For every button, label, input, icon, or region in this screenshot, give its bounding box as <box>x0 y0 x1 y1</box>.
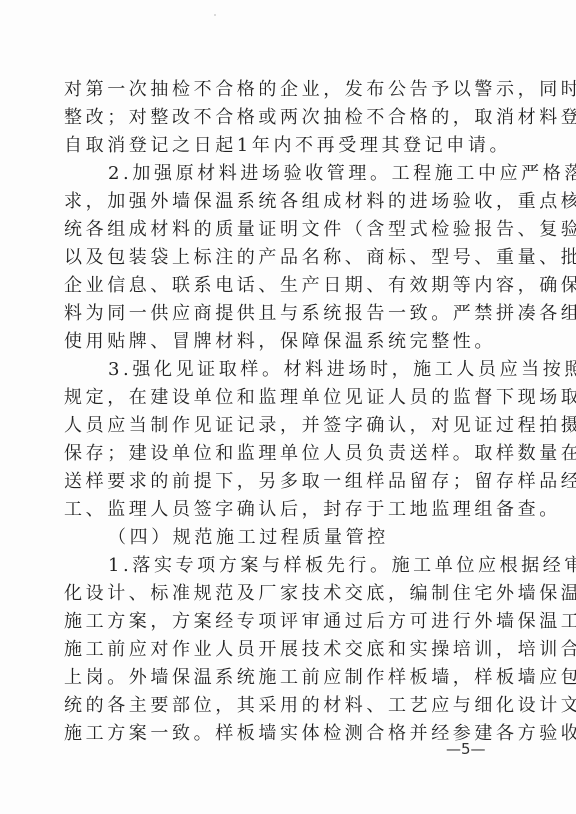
paragraph-heading-2: 2.加强原材料进场验收管理。工程施工中应严格落实设计要 <box>64 160 504 188</box>
text-line-5: 求，加强外墙保温系统各组成材料的进场验收，重点核查保温系 <box>64 188 504 216</box>
text-line-13: 人员应当制作见证记录，并签字确认，对见证过程拍摄影像记录 <box>64 412 504 440</box>
text-line-1: 对第一次抽检不合格的企业，发布公告予以警示，同时责令限期 <box>64 76 504 104</box>
text-line-23: 统的各主要部位，其采用的材料、工艺应与细化设计文件、专项 <box>64 692 504 720</box>
paragraph-heading-3: 3.强化见证取样。材料进场时，施工人员应当按照省、市有关 <box>64 356 504 384</box>
text-line-16: 工、监理人员签字确认后，封存于工地监理组备查。 <box>64 496 504 524</box>
page-number: —5— <box>446 740 486 758</box>
text-line-9: 料为同一供应商提供且与系统报告一致。严禁拼凑各组成材料及 <box>64 300 504 328</box>
text-line-12: 规定，在建设单位和监理单位见证人员的监督下现场取样；见证 <box>64 384 504 412</box>
body-text: 对第一次抽检不合格的企业，发布公告予以警示，同时责令限期 整改；对整改不合格或两… <box>64 76 504 748</box>
text-line-7: 以及包装袋上标注的产品名称、商标、型号、重量、批次、生产 <box>64 244 504 272</box>
text-line-14: 保存；建设单位和监理单位人员负责送样。取样数量在满足检测 <box>64 440 504 468</box>
text-line-2: 整改；对整改不合格或两次抽检不合格的，取消材料登记资格， <box>64 104 504 132</box>
text-line-20: 施工方案，方案经专项评审通过后方可进行外墙保温工程施工。 <box>64 608 504 636</box>
text-line-8: 企业信息、联系电话、生产日期、有效期等内容，确保各组成材 <box>64 272 504 300</box>
text-line-3: 自取消登记之日起1年内不再受理其登记申请。 <box>64 132 504 160</box>
text-line-24: 施工方案一致。样板墙实体检测合格并经参建各方验收通过后， <box>64 720 504 748</box>
scan-speck <box>214 14 216 16</box>
text-line-19: 化设计、标准规范及厂家技术交底，编制住宅外墙保温工程专项 <box>64 580 504 608</box>
paragraph-heading-1: 1.落实专项方案与样板先行。施工单位应根据经审图通过的细 <box>64 552 504 580</box>
text-line-6: 统各组成材料的质量证明文件（含型式检验报告、复验报告）， <box>64 216 504 244</box>
section-heading-4: （四）规范施工过程质量管控 <box>64 524 504 552</box>
text-line-10: 使用贴牌、冒牌材料，保障保温系统完整性。 <box>64 328 504 356</box>
document-page: 对第一次抽检不合格的企业，发布公告予以警示，同时责令限期 整改；对整改不合格或两… <box>0 0 576 814</box>
text-line-15: 送样要求的前提下，另多取一组样品留存；留存样品经检测、施 <box>64 468 504 496</box>
text-line-21: 施工前应对作业人员开展技术交底和实操培训，培训合格后方可 <box>64 636 504 664</box>
text-line-22: 上岗。外墙保温系统施工前应制作样板墙，样板墙应包含保温系 <box>64 664 504 692</box>
